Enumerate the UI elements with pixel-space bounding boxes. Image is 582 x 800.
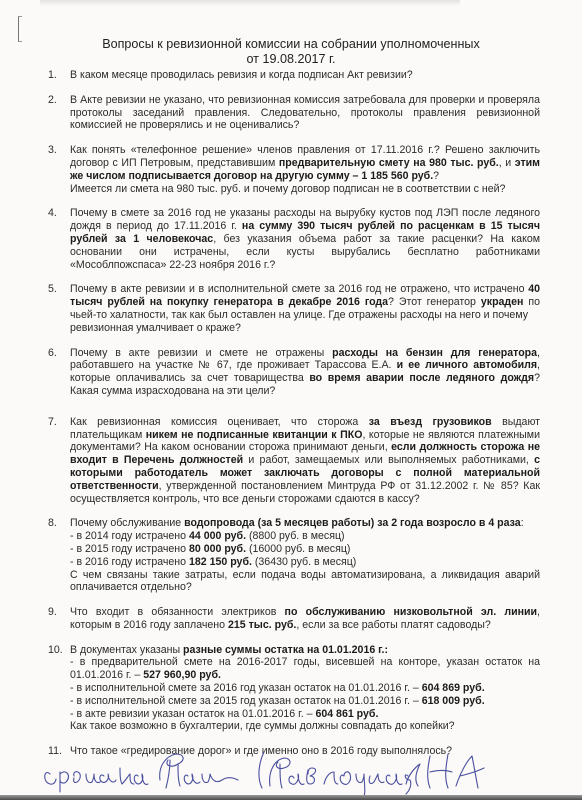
- text-segment: , и: [499, 157, 515, 169]
- question-item: 2.В Акте ревизии не указано, что ревизио…: [48, 94, 540, 132]
- text-segment: и работ, замещаемых или выполняемых рабо…: [243, 454, 534, 466]
- text-segment: Какая сумма израсходована на эти цели?: [70, 385, 275, 397]
- question-text-line: Почему обслуживание водопровода (за 5 ме…: [70, 517, 540, 530]
- emphasized-text: которыми работодатель может заключать до…: [70, 467, 540, 479]
- emphasized-text: рублей за 1 человекочас: [70, 233, 213, 245]
- text-segment: работавшего на участке № 67, где прожива…: [70, 359, 397, 371]
- question-text-line: В каком месяце проводилась ревизия и ког…: [70, 69, 540, 82]
- question-text-line: С чем связаны такие затраты, если подача…: [70, 569, 540, 582]
- text-segment: ,: [537, 606, 540, 618]
- emphasized-text: на сумму 390 тысяч рублей по расценкам в…: [242, 220, 540, 232]
- text-segment: «Мособлпожспаса» 22-23 ноября 2016 г.?: [70, 259, 275, 271]
- question-number: 7.: [48, 416, 57, 429]
- question-item: 9.Что входит в обязанности электриков по…: [48, 606, 540, 632]
- emphasized-text: 40: [528, 283, 540, 295]
- question-text-line: Почему в акте ревизии и смете не отражен…: [70, 347, 540, 360]
- text-segment: (8800 руб. в месяц): [246, 530, 345, 542]
- question-item: 7.Как ревизионная комиссия оценивает, чт…: [48, 416, 540, 506]
- question-text-line: ответственности, утвержденной постановле…: [70, 480, 540, 493]
- document-title: Вопросы к ревизионной комиссии на собран…: [0, 37, 582, 67]
- question-text-line: которым в 2016 году заплачено 215 тыс. р…: [70, 619, 540, 632]
- questions-list: 1.В каком месяце проводилась ревизия и к…: [48, 69, 540, 758]
- question-text-line: «Мособлпожспаса» 22-23 ноября 2016 г.?: [70, 259, 540, 272]
- question-text-line: В Акте ревизии не указано, что ревизионн…: [70, 94, 540, 107]
- text-segment: Почему в акте ревизии и смете не отражен…: [70, 347, 332, 359]
- text-segment: Почему в акте ревизии и в исполнительной…: [70, 283, 528, 295]
- question-number: 8.: [48, 517, 57, 530]
- text-segment: документами? На каком основании сторожа …: [70, 441, 391, 453]
- question-text-line: входит в Перечень должностей и работ, за…: [70, 454, 540, 467]
- text-segment: , если за все работы платят садоводы?: [296, 619, 490, 631]
- emphasized-text: разные суммы остатка на 01.01.2016 г.:: [183, 644, 388, 656]
- emphasized-text: 527 960,90 руб.: [143, 669, 221, 681]
- text-segment: ревизионная умалчивает о краже?: [70, 322, 241, 334]
- question-item: 6.Почему в акте ревизии и смете не отраж…: [48, 347, 540, 398]
- question-text-line: плательщикам никем не подписанные квитан…: [70, 429, 540, 442]
- question-text-line: - в 2014 году истрачено 44 000 руб. (880…: [70, 530, 540, 543]
- question-number: 6.: [48, 347, 57, 360]
- scan-shadow: [40, 0, 460, 6]
- question-text-line: - в 2016 году истрачено 182 150 руб. (36…: [70, 556, 540, 569]
- question-text-line: дождя в период до 17.11.2016 г. на сумму…: [70, 220, 540, 233]
- text-segment: (36430 руб. в месяц): [252, 556, 356, 568]
- question-number: 9.: [48, 606, 57, 619]
- text-segment: договор с ИП Петровым, представившим: [70, 157, 279, 169]
- question-number: 2.: [48, 94, 57, 107]
- question-number: 5.: [48, 283, 57, 296]
- question-text-line: комиссией не проверялись и не оценивалис…: [70, 119, 540, 132]
- text-segment: Почему обслуживание: [70, 517, 184, 529]
- question-text-line: же числом подписывается договор на другу…: [70, 170, 540, 183]
- question-text-line: которые оплачивались за счет товариществ…: [70, 372, 540, 385]
- question-text-line: 01.01.2016 г. – 527 960,90 руб.: [70, 669, 540, 682]
- question-text-line: договор с ИП Петровым, представившим пре…: [70, 157, 540, 170]
- text-segment: Как понять «телефонное решение» членов п…: [70, 144, 540, 156]
- question-text-line: - в предварительной смете на 2016-2017 г…: [70, 656, 540, 669]
- question-text-line: Что входит в обязанности электриков по о…: [70, 606, 540, 619]
- text-segment: которые оплачивались за счет товариществ…: [70, 372, 309, 384]
- emphasized-text: 604 869 руб.: [422, 682, 485, 694]
- text-segment: (16000 руб. в месяц): [246, 543, 350, 555]
- question-item: 4.Почему в смете за 2016 год не указаны …: [48, 207, 540, 271]
- text-segment: ?: [534, 372, 540, 384]
- question-text-line: Как понять «телефонное решение» членов п…: [70, 144, 540, 157]
- text-segment: чьей-то халатности, так как был оставлен…: [70, 309, 528, 321]
- text-segment: - в акте ревизии указан остаток на 01.01…: [70, 708, 315, 720]
- question-number: 10.: [48, 644, 63, 657]
- question-number: 3.: [48, 144, 57, 157]
- emphasized-text: предварительную смету на 980 тыс. руб.: [279, 157, 499, 169]
- text-segment: ? Этот генератор: [388, 296, 481, 308]
- question-text-line: тысяч рублей на покупку генератора в дек…: [70, 296, 540, 309]
- text-segment: , без указания объема работ за такие рас…: [213, 233, 540, 245]
- question-text-line: - в исполнительной смете за 2016 год ука…: [70, 682, 540, 695]
- question-text-line: Имеется ли смета на 980 тыс. руб. и поче…: [70, 183, 540, 196]
- emphasized-text: 80 000 руб.: [189, 543, 246, 555]
- text-segment: Как такое возможно в бухгалтерии, где су…: [70, 720, 455, 732]
- emphasized-text: украден: [481, 296, 524, 308]
- question-text-line: - в акте ревизии указан остаток на 01.01…: [70, 708, 540, 721]
- question-item: 1.В каком месяце проводилась ревизия и к…: [48, 69, 540, 82]
- emphasized-text: водопровода (за 5 месяцев работы) за 2 г…: [184, 517, 521, 529]
- text-segment: , утвержденной постановлением Минтруда Р…: [159, 480, 540, 492]
- text-segment: , которые не являются платежными: [362, 429, 540, 441]
- title-line-2: от 19.08.2017 г.: [0, 52, 582, 67]
- text-segment: оплачивается отдельно?: [70, 581, 192, 593]
- text-segment: С чем связаны такие затраты, если подача…: [70, 569, 540, 581]
- text-segment: выдают: [492, 416, 540, 428]
- text-segment: ?: [433, 170, 439, 182]
- emphasized-text: ответственности: [70, 480, 159, 492]
- emphasized-text: расходы на бензин для генератора: [332, 347, 537, 359]
- text-segment: - в исполнительной смете за 2015 год ука…: [70, 695, 422, 707]
- text-segment: по: [523, 296, 540, 308]
- emphasized-text: никем не подписанные квитанции к ПКО: [146, 429, 363, 441]
- scanned-document-page: Вопросы к ревизионной комиссии на собран…: [0, 0, 582, 800]
- question-item: 8.Почему обслуживание водопровода (за 5 …: [48, 517, 540, 594]
- text-segment: Что входит в обязанности электриков: [70, 606, 285, 618]
- text-segment: осуществляется контроль, что все деньги …: [70, 493, 420, 505]
- text-segment: основании они истрачены, если кусты выру…: [70, 246, 540, 258]
- scan-bottom-edge: [0, 795, 582, 800]
- question-text-line: оплачивается отдельно?: [70, 581, 540, 594]
- text-segment: - в исполнительной смете за 2016 год ука…: [70, 682, 422, 694]
- question-text-line: - в 2015 году истрачено 80 000 руб. (160…: [70, 543, 540, 556]
- text-segment: В Акте ревизии не указано, что ревизионн…: [70, 94, 540, 106]
- emphasized-text: 182 150 руб.: [189, 556, 252, 568]
- emphasized-text: и ее личного автомобиля: [397, 359, 537, 371]
- question-text-line: Как такое возможно в бухгалтерии, где су…: [70, 720, 540, 733]
- text-segment: Имеется ли смета на 980 тыс. руб. и поче…: [70, 183, 505, 195]
- question-text-line: Почему в акте ревизии и в исполнительной…: [70, 283, 540, 296]
- question-text-line: рублей за 1 человекочас, без указания об…: [70, 233, 540, 246]
- emphasized-text: этим: [515, 157, 540, 169]
- emphasized-text: входит в Перечень должностей: [70, 454, 243, 466]
- emphasized-text: во время аварии после ледяного дождя: [309, 372, 534, 384]
- text-segment: - в предварительной смете на 2016-2017 г…: [70, 656, 540, 668]
- question-text-line: осуществляется контроль, что все деньги …: [70, 493, 540, 506]
- text-segment: которым в 2016 году заплачено: [70, 619, 228, 631]
- question-text-line: работавшего на участке № 67, где прожива…: [70, 359, 540, 372]
- emphasized-text: 604 861 руб.: [315, 708, 378, 720]
- emphasized-text: за въезд грузовиков: [369, 416, 492, 428]
- question-text-line: ревизионная умалчивает о краже?: [70, 322, 540, 335]
- emphasized-text: 215 тыс. руб.: [228, 619, 296, 631]
- question-text-line: В документах указаны разные суммы остатк…: [70, 644, 540, 657]
- text-segment: :: [521, 517, 524, 529]
- text-segment: протоколы заседаний правления. Следовате…: [70, 107, 540, 119]
- emphasized-text: 44 000 руб.: [189, 530, 246, 542]
- text-segment: Почему в смете за 2016 год не указаны ра…: [70, 207, 540, 219]
- emphasized-text: тысяч рублей на покупку генератора в дек…: [70, 296, 388, 308]
- emphasized-text: с: [534, 454, 540, 466]
- question-item: 10.В документах указаны разные суммы ост…: [48, 644, 540, 734]
- text-segment: Как ревизионная комиссия оценивает, что …: [70, 416, 369, 428]
- question-text-line: документами? На каком основании сторожа …: [70, 441, 540, 454]
- emphasized-text: если должность сторожа не: [391, 441, 540, 453]
- text-segment: - в 2016 году истрачено: [70, 556, 189, 568]
- question-number: 1.: [48, 69, 57, 82]
- question-text-line: чьей-то халатности, так как был оставлен…: [70, 309, 540, 322]
- text-segment: ,: [537, 347, 540, 359]
- question-item: 3.Как понять «телефонное решение» членов…: [48, 144, 540, 195]
- handwritten-signature: [38, 746, 518, 796]
- question-text-line: Как ревизионная комиссия оценивает, что …: [70, 416, 540, 429]
- question-item: 5.Почему в акте ревизии и в исполнительн…: [48, 283, 540, 334]
- question-text-line: которыми работодатель может заключать до…: [70, 467, 540, 480]
- text-segment: В документах указаны: [70, 644, 183, 656]
- text-segment: ,: [537, 359, 540, 371]
- question-text-line: - в исполнительной смете за 2015 год ука…: [70, 695, 540, 708]
- text-segment: - в 2015 году истрачено: [70, 543, 189, 555]
- emphasized-text: по обслуживанию низковольтной эл. линии: [285, 606, 538, 618]
- text-segment: плательщикам: [70, 429, 146, 441]
- question-text-line: основании они истрачены, если кусты выру…: [70, 246, 540, 259]
- title-line-1: Вопросы к ревизионной комиссии на собран…: [0, 37, 582, 52]
- text-segment: дождя в период до 17.11.2016 г.: [70, 220, 242, 232]
- question-text-line: Почему в смете за 2016 год не указаны ра…: [70, 207, 540, 220]
- text-segment: 01.01.2016 г. –: [70, 669, 143, 681]
- text-segment: комиссией не проверялись и не оценивалис…: [70, 119, 299, 131]
- text-segment: В каком месяце проводилась ревизия и ког…: [70, 69, 413, 81]
- text-segment: - в 2014 году истрачено: [70, 530, 189, 542]
- question-number: 4.: [48, 207, 57, 220]
- emphasized-text: же числом подписывается договор на другу…: [70, 170, 433, 182]
- question-text-line: протоколы заседаний правления. Следовате…: [70, 107, 540, 120]
- emphasized-text: 618 009 руб.: [422, 695, 485, 707]
- question-text-line: Какая сумма израсходована на эти цели?: [70, 385, 540, 398]
